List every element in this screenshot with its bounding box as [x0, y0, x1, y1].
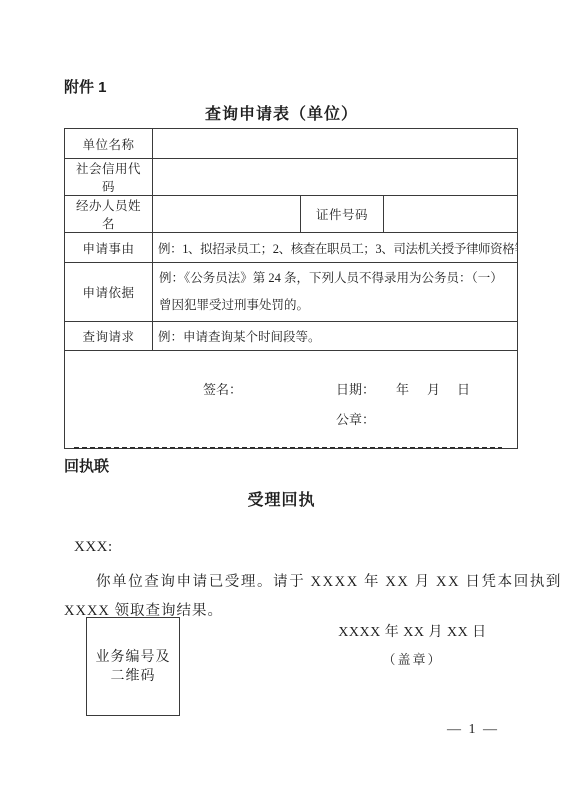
table-row: 签名： 日期： 年 月 日 公章：: [65, 351, 518, 449]
unit-name-field: [153, 129, 518, 159]
reason-value: 例：1、拟招录员工；2、核查在职员工；3、司法机关授予律师资格等。: [153, 233, 518, 263]
month-label: 月: [427, 379, 440, 398]
form-title: 查询申请表（单位）: [0, 101, 563, 124]
receipt-addressee: XXX:: [74, 539, 113, 556]
id-number-label: 证件号码: [301, 196, 384, 233]
table-row: 申请依据 例：《公务员法》第 24 条，下列人员不得录用为公务员：（一）曾因犯罪…: [65, 263, 518, 322]
receipt-title: 受理回执: [0, 487, 563, 510]
sign-label: 签名：: [203, 379, 242, 398]
receipt-body-line1: 你单位查询申请已受理。请于 XXXX 年 XX 月 XX 日凭本回执到: [96, 570, 516, 591]
request-label: 查询请求: [65, 322, 153, 351]
table-row: 查询请求 例：申请查询某个时间段等。: [65, 322, 518, 351]
handler-name-field: [153, 196, 301, 233]
handler-name-label: 经办人员姓名: [65, 196, 153, 233]
request-value: 例：申请查询某个时间段等。: [153, 322, 518, 351]
credit-code-label: 社会信用代码: [65, 159, 153, 196]
id-number-field: [384, 196, 518, 233]
reason-label: 申请事由: [65, 233, 153, 263]
reason-text: 例：1、拟招录员工；2、核查在职员工；3、司法机关授予律师资格等。: [158, 239, 512, 257]
seal-note: （盖章）: [335, 649, 490, 668]
attachment-label: 附件 1: [64, 76, 107, 97]
year-label: 年: [396, 379, 409, 398]
table-row: 单位名称: [65, 129, 518, 159]
cut-dashed-line: [74, 447, 502, 449]
business-number-qr-box: 业务编号及 二维码: [86, 617, 180, 716]
unit-name-label: 单位名称: [65, 129, 153, 159]
qr-box-line2: 二维码: [111, 667, 156, 686]
table-row: 经办人员姓名 证件号码: [65, 196, 518, 233]
table-row: 社会信用代码: [65, 159, 518, 196]
basis-label: 申请依据: [65, 263, 153, 322]
qr-box-line1: 业务编号及: [96, 648, 171, 667]
application-form-table: 单位名称 社会信用代码 经办人员姓名 证件号码 申请事由 例：1、拟招录员工；2…: [64, 128, 518, 449]
document-page: { "page": { "attachment_label": "附件 1", …: [0, 0, 563, 785]
receipt-date: XXXX 年 XX 月 XX 日: [335, 621, 490, 641]
table-row: 申请事由 例：1、拟招录员工；2、核查在职员工；3、司法机关授予律师资格等。: [65, 233, 518, 263]
day-label: 日: [457, 379, 470, 398]
seal-label: 公章：: [336, 409, 375, 428]
basis-value: 例：《公务员法》第 24 条，下列人员不得录用为公务员：（一）曾因犯罪受过刑事处…: [153, 263, 518, 322]
receipt-section-label: 回执联: [64, 455, 109, 476]
credit-code-field: [153, 159, 518, 196]
date-label: 日期：: [336, 379, 375, 398]
page-number: — 1 —: [438, 722, 508, 738]
signature-cell: 签名： 日期： 年 月 日 公章：: [65, 351, 518, 449]
